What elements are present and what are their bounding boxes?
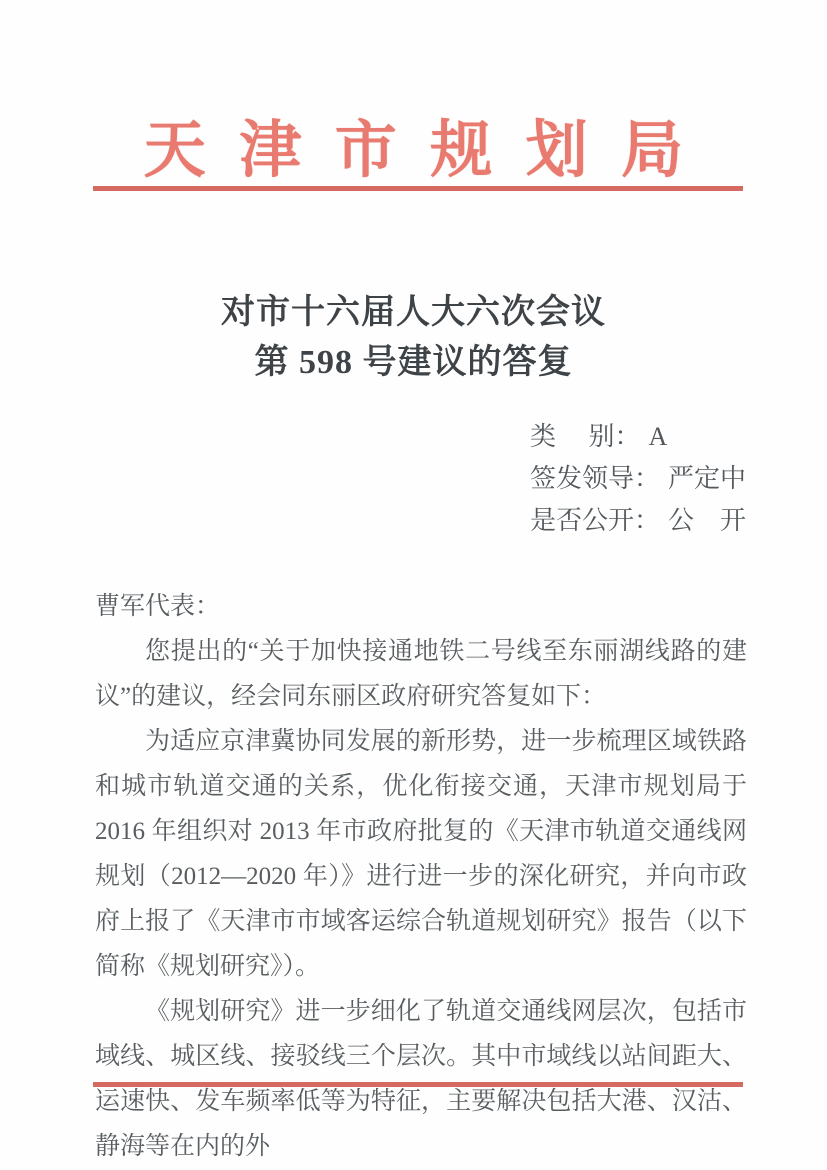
- meta-row-signer: 签发领导：严定中: [530, 458, 746, 500]
- title-line-1: 对市十六届人大六次会议: [0, 288, 827, 338]
- document-title: 对市十六届人大六次会议 第 598 号建议的答复: [0, 288, 827, 388]
- scanned-letter-page: 天津市规划局 对市十六届人大六次会议 第 598 号建议的答复 类 别：A 签发…: [0, 0, 827, 1170]
- salutation: 曹军代表：: [95, 584, 747, 629]
- letterhead-double-rule: [93, 186, 743, 191]
- category-label: 类 别：: [530, 416, 641, 458]
- meta-block: 类 别：A 签发领导：严定中 是否公开：公 开: [530, 416, 746, 542]
- agency-letterhead: 天津市规划局: [0, 100, 827, 189]
- category-value: A: [649, 416, 668, 458]
- paragraph-3: 《规划研究》进一步细化了轨道交通线网层次，包括市域线、城区线、接驳线三个层次。其…: [95, 989, 747, 1169]
- paragraph-2: 为适应京津冀协同发展的新形势，进一步梳理区域铁路和城市轨道交通的关系，优化衔接交…: [95, 719, 747, 989]
- meta-row-category: 类 别：A: [530, 416, 746, 458]
- paragraph-1: 您提出的“关于加快接通地铁二号线至东丽湖线路的建议”的建议，经会同东丽区政府研究…: [95, 629, 747, 719]
- public-value: 公 开: [668, 500, 746, 542]
- signer-label: 签发领导：: [530, 458, 660, 500]
- public-label: 是否公开：: [530, 500, 660, 542]
- title-line-2: 第 598 号建议的答复: [0, 338, 827, 388]
- footer-double-rule: [93, 1082, 743, 1087]
- signer-value: 严定中: [668, 458, 746, 500]
- meta-row-public: 是否公开：公 开: [530, 500, 746, 542]
